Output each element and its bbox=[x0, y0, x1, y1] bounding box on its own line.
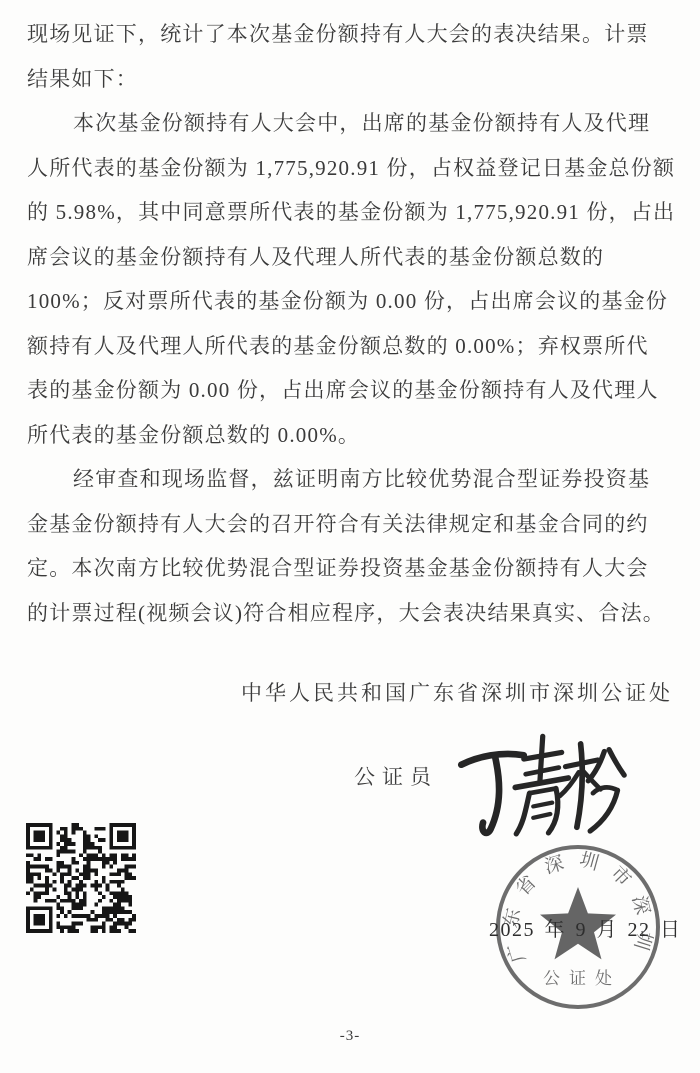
notary-signature: 丁青松 bbox=[448, 714, 628, 842]
text-line: 表的基金份额为 0.00 份，占出席会议的基金份额持有人及代理人 bbox=[27, 368, 677, 413]
notary-office-line: 中华人民共和国广东省深圳市深圳公证处 bbox=[241, 671, 673, 716]
text-line: 席会议的基金份额持有人及代理人所代表的基金份额总数的 bbox=[27, 235, 677, 280]
text-line: 的计票过程(视频会议)符合相应程序，大会表决结果真实、合法。 bbox=[27, 591, 677, 636]
document-body: 现场见证下，统计了本次基金份额持有人大会的表决结果。计票结果如下：本次基金份额持… bbox=[27, 12, 677, 635]
text-line: 结果如下： bbox=[27, 57, 677, 102]
page-number: -3- bbox=[0, 1028, 700, 1045]
text-line: 额持有人及代理人所代表的基金份额总数的 0.00%；弃权票所代 bbox=[27, 324, 677, 369]
text-line: 100%；反对票所代表的基金份额为 0.00 份，占出席会议的基金份 bbox=[27, 279, 677, 324]
text-line: 人所代表的基金份额为 1,775,920.91 份，占权益登记日基金总份额 bbox=[27, 146, 677, 191]
text-line: 所代表的基金份额总数的 0.00%。 bbox=[27, 413, 677, 458]
notary-document-page: 现场见证下，统计了本次基金份额持有人大会的表决结果。计票结果如下：本次基金份额持… bbox=[0, 0, 700, 1073]
qr-code bbox=[26, 823, 136, 933]
text-line: 经审查和现场监督，兹证明南方比较优势混合型证券投资基 bbox=[27, 457, 677, 502]
text-line: 本次基金份额持有人大会中，出席的基金份额持有人及代理 bbox=[27, 101, 677, 146]
text-line: 的 5.98%，其中同意票所代表的基金份额为 1,775,920.91 份，占出 bbox=[27, 190, 677, 235]
seal-bottom-text: 公证处 bbox=[543, 969, 621, 988]
text-line: 金基金份额持有人大会的召开符合有关法律规定和基金合同的约 bbox=[27, 502, 677, 547]
notary-label: 公证员 bbox=[354, 761, 438, 791]
notarization-date: 2025 年 9 月 22 日 bbox=[489, 913, 682, 942]
text-line: 现场见证下，统计了本次基金份额持有人大会的表决结果。计票 bbox=[27, 12, 677, 57]
text-line: 定。本次南方比较优势混合型证券投资基金基金份额持有人大会 bbox=[27, 546, 677, 591]
